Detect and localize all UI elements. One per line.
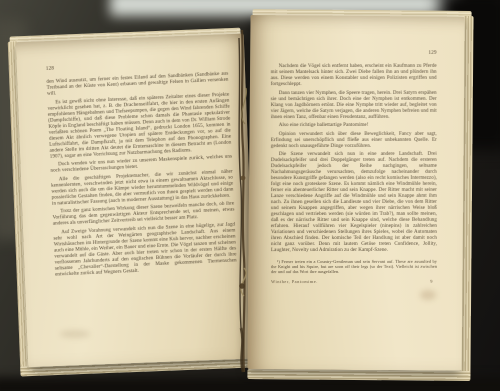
paragraph: Es ist gewiß nicht ohne Interesse, daß e…	[47, 91, 232, 159]
paper-stain	[420, 290, 436, 300]
right-page-block: 129 Nachdem die Vögel sich entfernt habe…	[247, 9, 473, 381]
paragraph: Alle die geschäftigen Projektemacher, di…	[51, 168, 234, 206]
left-page-block: 128 den Wind ausnutzt, um ferner ein fes…	[8, 28, 257, 377]
binding-threads	[222, 28, 264, 374]
paragraph: Dann tanzen vier Nymphen, die Speere tra…	[271, 89, 437, 119]
left-page-surface: 128 den Wind ausnutzt, um ferner ein fes…	[16, 34, 256, 368]
paragraph: Also eine richtige ballettartige Pantomi…	[271, 122, 437, 128]
paragraph: Nachdem die Vögel sich entfernt haben, e…	[271, 63, 437, 87]
signature-line: Winther, Pantomime. 9	[271, 278, 437, 284]
left-page-number: 128	[46, 58, 228, 72]
signature-title: Winther, Pantomime.	[271, 279, 318, 285]
paper-stain	[60, 330, 90, 338]
footnote: ¹) Ferner treten ein a Country-Gentleman…	[271, 259, 437, 275]
right-page-number: 129	[271, 50, 437, 56]
right-page-text: 129 Nachdem die Vögel sich entfernt habe…	[271, 50, 438, 362]
book-photo: 128 den Wind ausnutzt, um ferner ein fes…	[0, 0, 500, 391]
right-page-surface: 129 Nachdem die Vögel sich entfernt habe…	[247, 15, 464, 371]
right-block-bottom-page-edges	[247, 369, 470, 381]
signature-number: 9	[430, 278, 433, 284]
paragraph: Opinion verwundert sich über diese Beweg…	[271, 130, 437, 148]
paragraph: Auf Zweige Vorahnung verwandelt sich nun…	[53, 221, 237, 277]
paragraph: Die Szene verwandelt sich nun in eine an…	[271, 151, 437, 253]
left-page-text: 128 den Wind ausnutzt, um ferner ein fes…	[46, 58, 241, 359]
